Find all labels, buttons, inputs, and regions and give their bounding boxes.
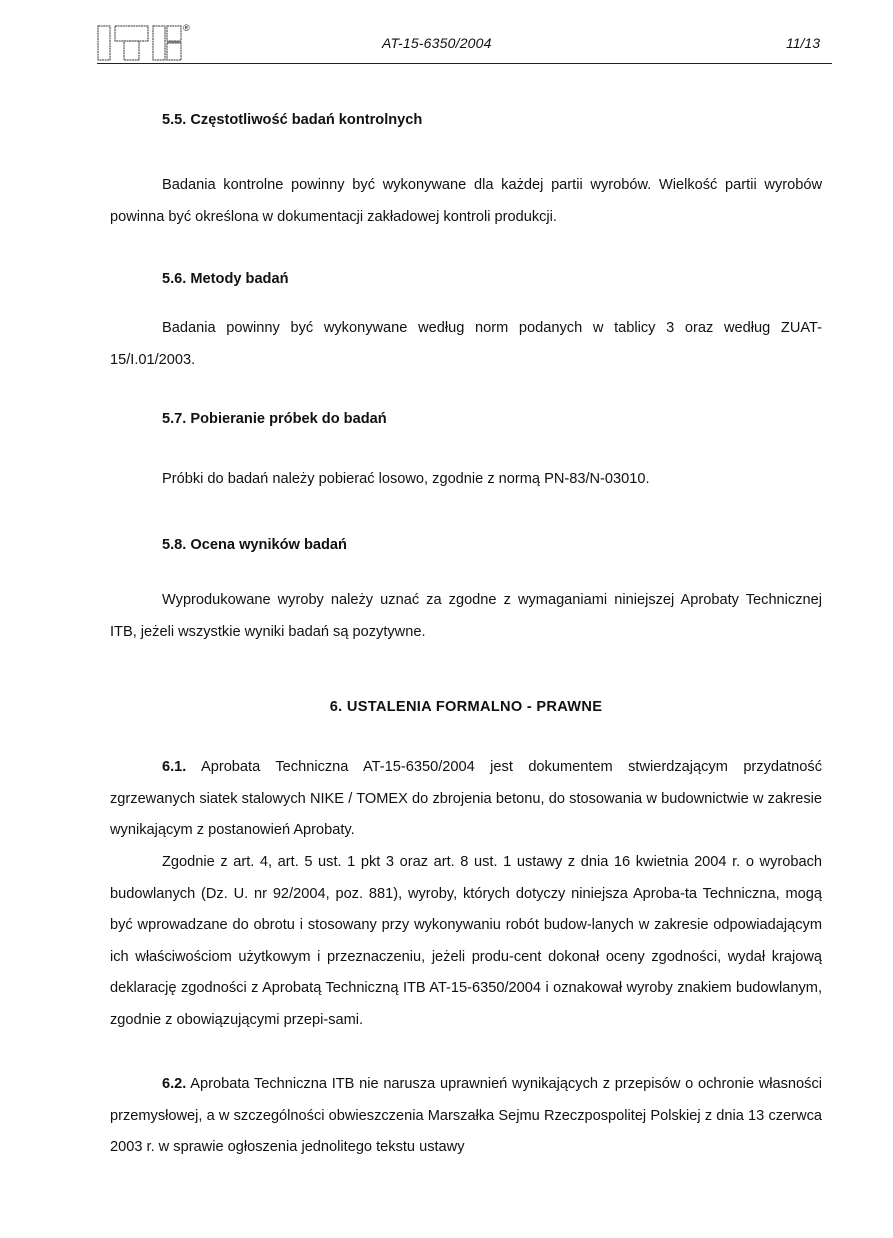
section-heading-6: 6. USTALENIA FORMALNO - PRAWNE [110, 692, 822, 724]
section-text-6-2: 6.2. Aprobata Techniczna ITB nie narusza… [110, 1069, 822, 1164]
page-header: ® AT-15-6350/2004 11/13 [97, 18, 832, 64]
section-heading-5-7: 5.7. Pobieranie próbek do badań [110, 404, 874, 436]
section-text-6-1: 6.1. Aprobata Techniczna AT-15-6350/2004… [110, 752, 822, 847]
section-heading-5-6: 5.6. Metody badań [110, 264, 874, 296]
section-text-5-6: Badania powinny być wykonywane według no… [110, 313, 822, 376]
page-number: 11/13 [786, 35, 820, 51]
section-text-6-1-body: Aprobata Techniczna AT-15-6350/2004 jest… [110, 759, 822, 838]
section-text-5-5: Badania kontrolne powinny być wykonywane… [110, 170, 822, 233]
section-text-6-2-body: Aprobata Techniczna ITB nie narusza upra… [110, 1076, 822, 1155]
section-text-6-1-legal: Zgodnie z art. 4, art. 5 ust. 1 pkt 3 or… [110, 847, 822, 1037]
section-text-5-7: Próbki do badań należy pobierać losowo, … [110, 464, 822, 496]
itb-logo-icon: ® [97, 22, 197, 62]
section-text-5-8: Wyprodukowane wyroby należy uznać za zgo… [110, 585, 822, 648]
section-heading-5-8: 5.8. Ocena wyników badań [110, 530, 874, 562]
section-number-6-2: 6.2. [162, 1076, 186, 1092]
section-number-6-1: 6.1. [162, 759, 186, 775]
document-id: AT-15-6350/2004 [382, 35, 492, 51]
svg-text:®: ® [183, 23, 190, 33]
section-heading-5-5: 5.5. Częstotliwość badań kontrolnych [110, 105, 874, 137]
header-divider [97, 63, 832, 64]
